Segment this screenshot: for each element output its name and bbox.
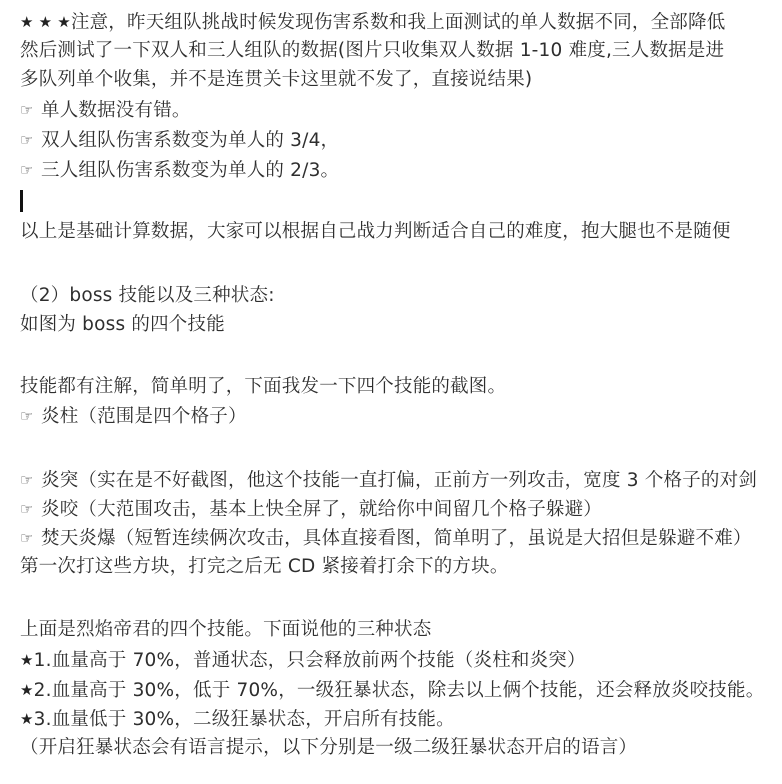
text: 焚天炎爆（短暂连续俩次攻击，具体直接看图，简单明了，虽说是大招但是躲避不难） [41,528,752,549]
text: （2）boss 技能以及三种状态: [20,285,275,306]
text: 上面是烈焰帝君的四个技能。下面说他的三种状态 [20,619,431,640]
text: 单人数据没有错。 [41,100,191,121]
text: 多队列单个收集，并不是连贯关卡这里就不发了，直接说结果) [20,69,532,90]
skill-flame-charge: ☞炎突（实在是不好截图，他这个技能一直打偏，正前方一列攻击，宽度 3 个格子的对… [20,468,757,492]
states-intro: 上面是烈焰帝君的四个技能。下面说他的三种状态 [20,618,431,642]
pointing-hand-icon: ☞ [20,526,40,550]
star-icon: ★ [20,710,34,728]
skill-sky-burn-detail: 第一次打这些方块，打完之后无 CD 紧接着打余下的方块。 [20,555,509,579]
text: 1.血量高于 70%，普通状态，只会释放前两个技能（炎柱和炎突） [34,650,586,671]
states-footnote: （开启狂暴状态会有语言提示，以下分别是一级二级狂暴状态开启的语言） [20,736,637,760]
pointing-hand-icon: ☞ [20,158,40,182]
text: 第一次打这些方块，打完之后无 CD 紧接着打余下的方块。 [20,556,509,577]
note-line-2: 然后测试了一下双人和三人组队的数据(图片只收集双人数据 1-10 难度,三人数据… [20,39,724,63]
text: 三人组队伤害系数变为单人的 2/3。 [41,160,339,181]
star-icon: ★ [20,681,34,699]
note-line-1: ★ ★ ★注意，昨天组队挑战时候发现伤害系数和我上面测试的单人数据不同，全部降低 [20,10,725,34]
star-icon: ★ ★ ★ [20,13,71,31]
text: 然后测试了一下双人和三人组队的数据(图片只收集双人数据 1-10 难度,三人数据… [20,40,724,61]
text: 炎柱（范围是四个格子） [41,406,247,427]
pointing-hand-icon: ☞ [20,497,40,521]
result-trio: ☞三人组队伤害系数变为单人的 2/3。 [20,158,339,182]
document-page: ★ ★ ★注意，昨天组队挑战时候发现伤害系数和我上面测试的单人数据不同，全部降低… [0,0,782,784]
skills-note: 技能都有注解，简单明了，下面我发一下四个技能的截图。 [20,375,506,399]
result-single: ☞单人数据没有错。 [20,98,191,122]
state-1: ★1.血量高于 70%，普通状态，只会释放前两个技能（炎柱和炎突） [20,648,586,672]
state-3: ★3.血量低于 30%，二级狂暴状态，开启所有技能。 [20,707,455,731]
pointing-hand-icon: ☞ [20,468,40,492]
skill-flame-pillar: ☞炎柱（范围是四个格子） [20,404,247,428]
text: （开启狂暴状态会有语言提示，以下分别是一级二级狂暴状态开启的语言） [20,737,637,758]
text: 2.血量高于 30%，低于 70%，一级狂暴状态，除去以上俩个技能，还会释放炎咬… [34,680,765,701]
text: 如图为 boss 的四个技能 [20,314,225,335]
pointing-hand-icon: ☞ [20,98,40,122]
pointing-hand-icon: ☞ [20,404,40,428]
skill-sky-burn-blast: ☞焚天炎爆（短暂连续俩次攻击，具体直接看图，简单明了，虽说是大招但是躲避不难） [20,526,752,550]
boss-skills-intro: 如图为 boss 的四个技能 [20,313,225,337]
text: 以上是基础计算数据，大家可以根据自己战力判断适合自己的难度，抱大腿也不是随便 [20,221,731,242]
text: 炎突（实在是不好截图，他这个技能一直打偏，正前方一列攻击，宽度 3 个格子的对剑 [41,470,757,491]
star-icon: ★ [20,651,34,669]
section-heading-boss-skills: （2）boss 技能以及三种状态: [20,284,275,308]
note-line-3: 多队列单个收集，并不是连贯关卡这里就不发了，直接说结果) [20,68,532,92]
text: 炎咬（大范围攻击，基本上快全屏了，就给你中间留几个格子躲避） [41,499,602,520]
text: 3.血量低于 30%，二级狂暴状态，开启所有技能。 [34,709,455,730]
text: 注意，昨天组队挑战时候发现伤害系数和我上面测试的单人数据不同，全部降低 [71,12,726,33]
pointing-hand-icon: ☞ [20,128,40,152]
text: 技能都有注解，简单明了，下面我发一下四个技能的截图。 [20,376,506,397]
state-2: ★2.血量高于 30%，低于 70%，一级狂暴状态，除去以上俩个技能，还会释放炎… [20,678,764,702]
summary-line: 以上是基础计算数据，大家可以根据自己战力判断适合自己的难度，抱大腿也不是随便 [20,220,731,244]
result-duo: ☞双人组队伤害系数变为单人的 3/4， [20,128,339,152]
text: 双人组队伤害系数变为单人的 3/4， [41,130,339,151]
skill-flame-bite: ☞炎咬（大范围攻击，基本上快全屏了，就给你中间留几个格子躲避） [20,497,602,521]
text-cursor[interactable] [20,190,23,212]
